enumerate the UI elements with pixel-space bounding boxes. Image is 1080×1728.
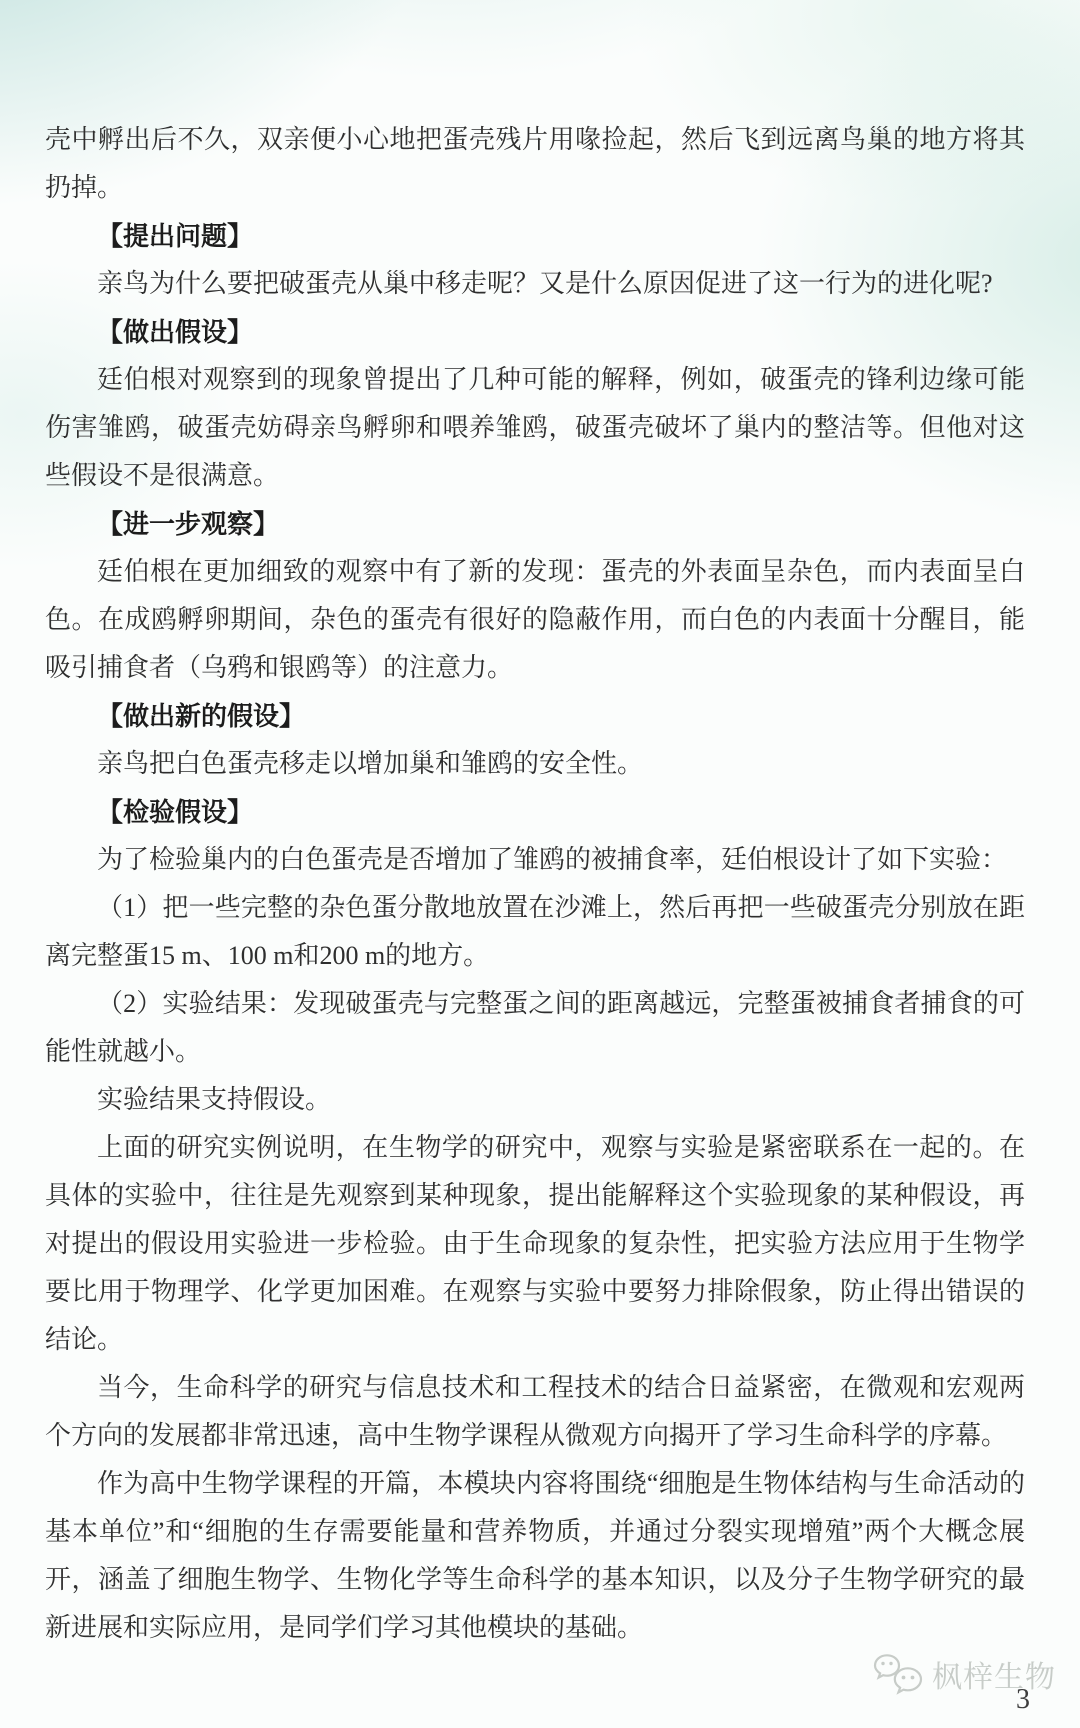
- body-paragraph: 上面的研究实例说明，在生物学的研究中，观察与实验是紧密联系在一起的。在具体的实验…: [45, 1124, 1025, 1364]
- body-paragraph: 为了检验巢内的白色蛋壳是否增加了雏鸥的被捕食率，廷伯根设计了如下实验：: [45, 836, 1025, 884]
- body-paragraph: 实验结果支持假设。: [45, 1076, 1025, 1124]
- page-body: 壳中孵出后不久，双亲便小心地把蛋壳残片用喙捡起，然后飞到远离鸟巢的地方将其扔掉。…: [45, 116, 1025, 1652]
- body-paragraph: 当今，生命科学的研究与信息技术和工程技术的结合日益紧密，在微观和宏观两个方向的发…: [45, 1364, 1025, 1460]
- body-paragraph: 作为高中生物学课程的开篇，本模块内容将围绕“细胞是生物体结构与生命活动的基本单位…: [45, 1460, 1025, 1652]
- section-heading: 【提出问题】: [45, 212, 1025, 260]
- body-paragraph: （1）把一些完整的杂色蛋分散地放置在沙滩上，然后再把一些破蛋壳分别放在距离完整蛋…: [45, 884, 1025, 980]
- scanned-textbook-page: { "page": { "number": "3", "watermark": …: [0, 0, 1080, 1728]
- body-paragraph: 亲鸟为什么要把破蛋壳从巢中移走呢？又是什么原因促进了这一行为的进化呢?: [45, 260, 1025, 308]
- watermark-text: 枫梓生物: [932, 1652, 1056, 1696]
- body-paragraph: 亲鸟把白色蛋壳移走以增加巢和雏鸥的安全性。: [45, 740, 1025, 788]
- wechat-icon: [872, 1652, 924, 1696]
- body-paragraph: 廷伯根在更加细致的观察中有了新的发现：蛋壳的外表面呈杂色，而内表面呈白色。在成鸥…: [45, 548, 1025, 692]
- section-heading: 【进一步观察】: [45, 500, 1025, 548]
- section-heading: 【做出新的假设】: [45, 692, 1025, 740]
- body-paragraph: （2）实验结果：发现破蛋壳与完整蛋之间的距离越远，完整蛋被捕食者捕食的可能性就越…: [45, 980, 1025, 1076]
- section-heading: 【做出假设】: [45, 308, 1025, 356]
- page-number: 3: [1016, 1684, 1030, 1716]
- body-paragraph: 壳中孵出后不久，双亲便小心地把蛋壳残片用喙捡起，然后飞到远离鸟巢的地方将其扔掉。: [45, 116, 1025, 212]
- body-paragraph: 廷伯根对观察到的现象曾提出了几种可能的解释，例如，破蛋壳的锋利边缘可能伤害雏鸥，…: [45, 356, 1025, 500]
- section-heading: 【检验假设】: [45, 788, 1025, 836]
